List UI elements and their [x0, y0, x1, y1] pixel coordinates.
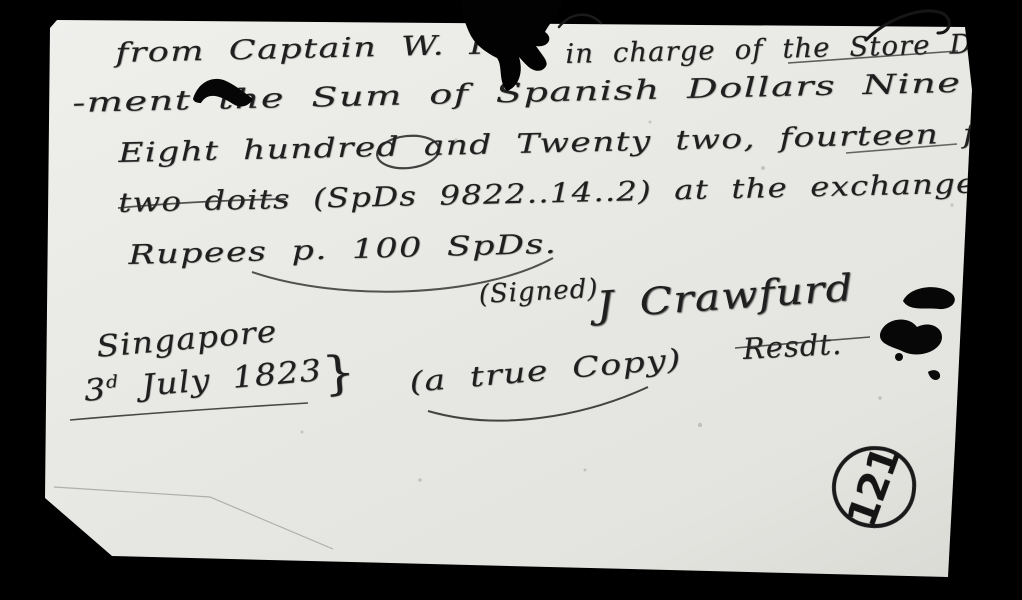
document-paper: from Captain W. Fl in charge of the Stor… [45, 18, 975, 584]
folio-stamp: 121 [828, 442, 920, 532]
signed-label: (Signed) [478, 274, 599, 310]
folio-number: 121 [839, 441, 910, 532]
true-copy-note: (a true Copy) [408, 342, 683, 399]
scan-background: from Captain W. Fl in charge of the Stor… [0, 0, 1022, 600]
date-brace: } [320, 344, 358, 401]
body-line-1-end: in charge of the Store Depart [565, 27, 1022, 70]
date-rest: July 1823 [118, 353, 323, 406]
signature-name: J Crawfurd [595, 266, 855, 327]
body-line-4: two doits (SpDs 9822..14..2) at the exch… [118, 163, 1022, 219]
date-day: 3 [83, 372, 108, 409]
signature-title: Resdt. [742, 327, 843, 366]
body-line-2: -ment the Sum of Spanish Dollars Nine Th… [72, 63, 1022, 119]
body-line-3: Eight hundred and Twenty two, fourteen f… [118, 114, 1022, 169]
body-line-5: Rupees p. 100 SpDs. [128, 229, 557, 271]
body-line-1-start: from Captain W. Fl [115, 29, 508, 69]
